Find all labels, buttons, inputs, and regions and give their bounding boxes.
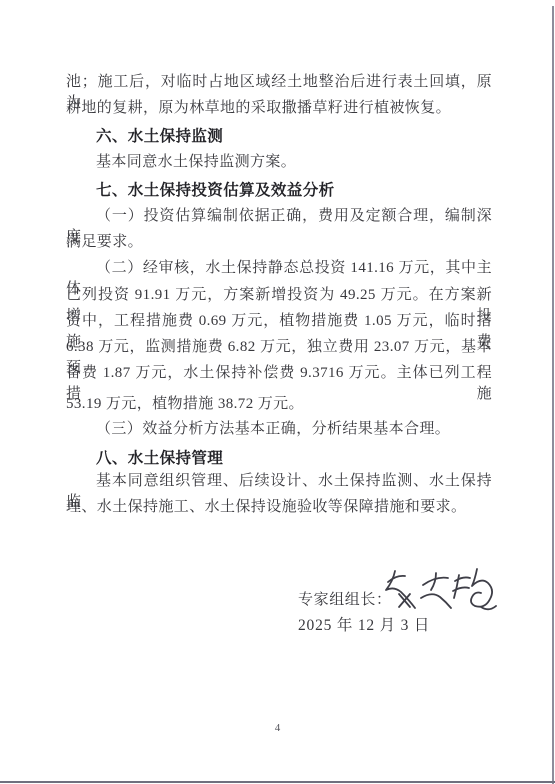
page-edge-shadow-right — [552, 6, 554, 784]
paragraph-line: 理、水土保持施工、水土保持设施验收等保障措施和要求。 — [66, 497, 492, 518]
paragraph-line: 满足要求。 — [66, 232, 492, 253]
paragraph-line: （三）效益分析方法基本正确，分析结果基本合理。 — [66, 419, 492, 440]
paragraph-line: 耕地的复耕，原为林草地的采取撒播草籽进行植被恢复。 — [66, 98, 492, 119]
section-heading-8: 八、水土保持管理 — [66, 448, 492, 469]
page-number: 4 — [0, 722, 555, 734]
section-heading-7: 七、水土保持投资估算及效益分析 — [66, 180, 492, 201]
page-edge-shadow-bottom — [0, 781, 555, 783]
signature-date: 2025 年 12 月 3 日 — [298, 613, 430, 635]
scanned-document-page: 池；施工后，对临时占地区域经土地整治后进行表土回填，原为 耕地的复耕，原为林草地… — [0, 0, 555, 784]
section-heading-6: 六、水土保持监测 — [66, 126, 492, 147]
paragraph-line: 53.19 万元，植物措施 38.72 万元。 — [66, 394, 492, 415]
paragraph-line: 基本同意水土保持监测方案。 — [66, 152, 492, 173]
